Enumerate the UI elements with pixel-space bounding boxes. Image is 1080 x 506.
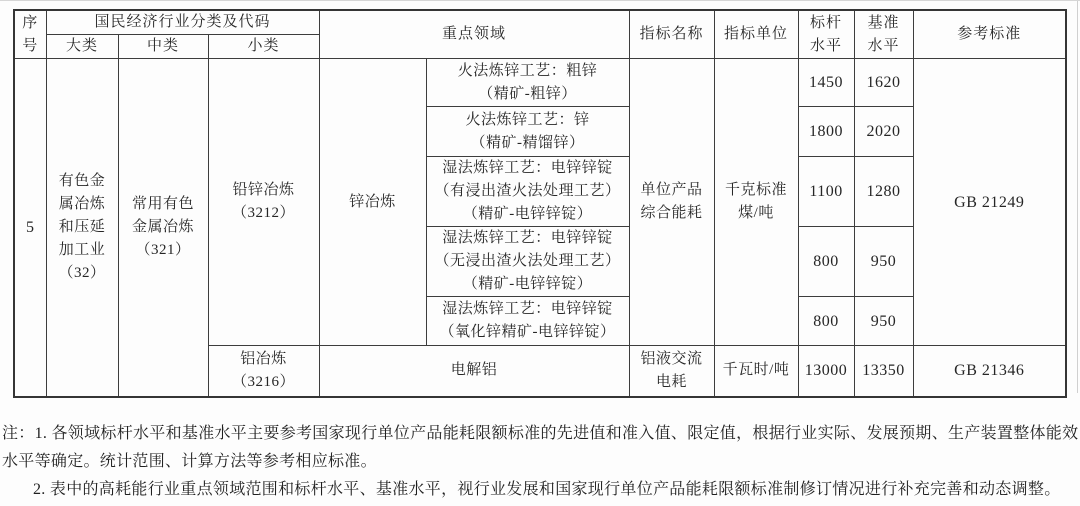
note-2: 2. 表中的高耗能行业重点领域范围和标杆水平、基准水平，视行业发展和国家现行单位… (2, 476, 1080, 504)
cell-indicator-name-aluminum: 铝液交流 电耗 (629, 346, 714, 397)
document-page: 序 号 国民经济行业分类及代码 重点领域 指标名称 指标单位 标杆 水平 基准 … (0, 0, 1080, 506)
cell-reference-standard-aluminum: GB 21346 (913, 346, 1066, 397)
header-minor-class: 小类 (208, 35, 319, 59)
zinc-row-1: 5 有色金 属冶炼 和压延 加工业 （32） 常用有色 金属冶炼 （321） 铅… (14, 59, 1066, 107)
header-seq: 序 号 (14, 10, 46, 59)
cell-process: 火法炼锌工艺：粗锌 （精矿-粗锌） (426, 59, 629, 107)
cell-baseline-value: 1280 (854, 157, 913, 227)
header-baseline-level: 基准 水平 (854, 10, 913, 59)
cell-process: 湿法炼锌工艺：电锌锌锭 （有浸出渣火法处理工艺） （精矿-电锌锌锭） (426, 157, 629, 227)
cell-reference-standard-zinc: GB 21249 (913, 59, 1066, 346)
header-indicator-name: 指标名称 (629, 10, 714, 59)
cell-field-zinc-smelting: 锌冶炼 (319, 59, 426, 346)
cell-minor-class-zinc: 铅锌冶炼 （3212） (208, 59, 319, 346)
cell-sequence-number: 5 (14, 59, 46, 397)
header-major-class: 大类 (46, 35, 118, 59)
cell-major-class: 有色金 属冶炼 和压延 加工业 （32） (46, 59, 118, 397)
cell-benchmark-value: 800 (798, 227, 854, 297)
energy-benchmark-table: 序 号 国民经济行业分类及代码 重点领域 指标名称 指标单位 标杆 水平 基准 … (13, 9, 1067, 398)
cell-benchmark-value: 800 (798, 297, 854, 346)
header-benchmark-level: 标杆 水平 (798, 10, 854, 59)
footnotes: 注：1. 各领域标杆水平和基准水平主要参考国家现行单位产品能耗限额标准的先进值和… (2, 420, 1080, 504)
cell-benchmark-value: 1450 (798, 59, 854, 107)
header-indicator-unit: 指标单位 (714, 10, 798, 59)
cell-baseline-value: 950 (854, 227, 913, 297)
page-edge-line (1077, 1, 1078, 393)
cell-baseline-value: 1620 (854, 59, 913, 107)
cell-baseline-value: 950 (854, 297, 913, 346)
header-key-field: 重点领域 (319, 10, 629, 59)
cell-process: 火法炼锌工艺：锌 （精矿-精馏锌） (426, 107, 629, 157)
cell-benchmark-value: 1100 (798, 157, 854, 227)
header-mid-class: 中类 (118, 35, 208, 59)
cell-indicator-name-zinc: 单位产品 综合能耗 (629, 59, 714, 346)
note-1-line-2: 水平等确定。统计范围、计算方法等参考相应标准。 (2, 448, 1080, 476)
header-row-1: 序 号 国民经济行业分类及代码 重点领域 指标名称 指标单位 标杆 水平 基准 … (14, 10, 1066, 35)
cell-benchmark-value: 1800 (798, 107, 854, 157)
cell-process: 湿法炼锌工艺：电锌锌锭 （氧化锌精矿-电锌锌锭） (426, 297, 629, 346)
header-reference-standard: 参考标准 (913, 10, 1066, 59)
cell-indicator-unit-aluminum: 千瓦时/吨 (714, 346, 798, 397)
cell-baseline-value: 13350 (854, 346, 913, 397)
cell-field-electrolytic-aluminum: 电解铝 (319, 346, 629, 397)
header-industry-classification: 国民经济行业分类及代码 (46, 10, 319, 35)
note-1-line-1: 注：1. 各领域标杆水平和基准水平主要参考国家现行单位产品能耗限额标准的先进值和… (2, 420, 1080, 448)
cell-benchmark-value: 13000 (798, 346, 854, 397)
cell-minor-class-aluminum: 铝冶炼 （3216） (208, 346, 319, 397)
cell-mid-class: 常用有色 金属冶炼 （321） (118, 59, 208, 397)
cell-baseline-value: 2020 (854, 107, 913, 157)
cell-indicator-unit-zinc: 千克标准 煤/吨 (714, 59, 798, 346)
cell-process: 湿法炼锌工艺：电锌锌锭 （无浸出渣火法处理工艺） （精矿-电锌锌锭） (426, 227, 629, 297)
